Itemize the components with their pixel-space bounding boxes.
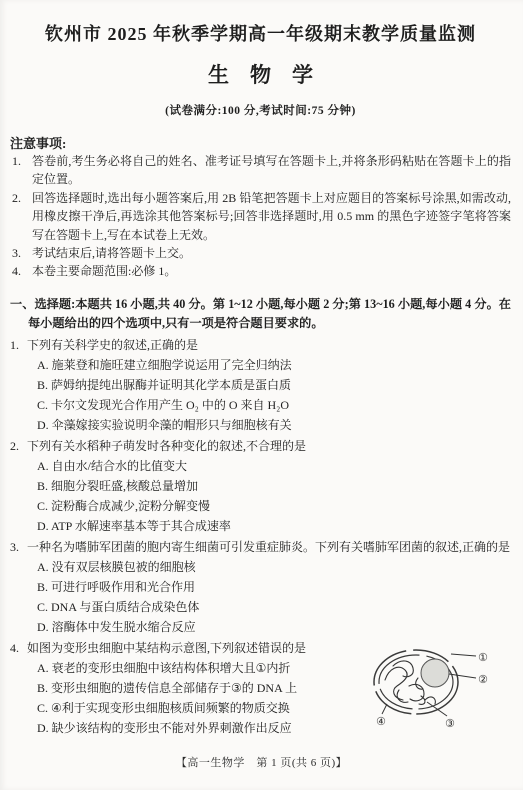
question-4-option-a: A. 衰老的变形虫细胞中该结构体积增大且①内折 xyxy=(37,658,367,678)
question-3-number: 3. xyxy=(10,537,19,557)
section-heading: 一、选择题:本题共 16 小题,共 40 分。第 1~12 小题,每小题 2 分… xyxy=(10,295,511,334)
question-3-stem: 3. 一种名为嗜肺军团菌的胞内寄生细菌可引发重症肺炎。下列有关嗜肺军团菌的叙述,… xyxy=(10,537,511,557)
notice-item-4: 4. 本卷主要命题范围:必修 1。 xyxy=(10,262,511,280)
label-4-icon: ④ xyxy=(376,715,386,728)
question-1-number: 1. xyxy=(10,335,19,355)
notice-item-3-text: 考试结束后,请将答题卡上交。 xyxy=(32,246,191,260)
notice-item-1: 1. 答卷前,考生务必将自己的姓名、准考证号填写在答题卡上,并将条形码粘贴在答题… xyxy=(10,152,511,189)
question-4-option-d: D. 缺少该结构的变形虫不能对外界刺激作出反应 xyxy=(37,718,367,738)
page-footer: 【高一生物学 第 1 页(共 6 页)】 xyxy=(0,754,523,770)
question-2-option-d: D. ATP 水解速率基本等于其合成速率 xyxy=(37,516,511,536)
notice-item-4-number: 4. xyxy=(12,262,21,280)
question-4: 4. 如图为变形虫细胞中某结构示意图,下列叙述错误的是 A. 衰老的变形虫细胞中… xyxy=(10,638,511,742)
question-1-option-d: D. 伞藻嫁接实验说明伞藻的帽形只与细胞核有关 xyxy=(37,415,511,435)
question-2-number: 2. xyxy=(10,436,19,456)
notice-item-4-text: 本卷主要命题范围:必修 1。 xyxy=(32,264,176,278)
notice-item-3-number: 3. xyxy=(12,244,21,262)
label-1-icon: ① xyxy=(478,651,488,664)
label-3-icon: ③ xyxy=(445,717,455,730)
question-3-option-b: B. 可进行呼吸作用和光合作用 xyxy=(37,577,511,597)
question-1-option-b: B. 萨姆纳提纯出脲酶并证明其化学本质是蛋白质 xyxy=(37,375,511,395)
question-3-option-d: D. 溶酶体中发生脱水缩合反应 xyxy=(37,617,511,637)
question-1-stem: 1. 下列有关科学史的叙述,正确的是 xyxy=(10,335,511,355)
nucleolus xyxy=(421,659,449,687)
question-1-option-a: A. 施莱登和施旺建立细胞学说运用了完全归纳法 xyxy=(37,355,511,375)
notice-item-1-text: 答卷前,考生务必将自己的姓名、准考证号填写在答题卡上,并将条形码粘贴在答题卡上的… xyxy=(32,154,511,186)
question-2-stem: 2. 下列有关水稻种子萌发时各种变化的叙述,不合理的是 xyxy=(10,436,511,456)
question-3: 3. 一种名为嗜肺军团菌的胞内寄生细菌可引发重症肺炎。下列有关嗜肺军团菌的叙述,… xyxy=(10,537,511,637)
notice-heading: 注意事项: xyxy=(10,133,511,152)
notice-item-3: 3. 考试结束后,请将答题卡上交。 xyxy=(10,244,511,262)
question-1-stem-text: 下列有关科学史的叙述,正确的是 xyxy=(27,338,198,352)
notice-item-2-text: 回答选择题时,选出每小题答案后,用 2B 铅笔把答题卡上对应题目的答案标号涂黑,… xyxy=(32,191,511,242)
exam-page: 钦州市 2025 年秋季学期高一年级期末教学质量监测 生 物 学 (试卷满分:1… xyxy=(0,0,523,790)
question-2-option-b: B. 细胞分裂旺盛,核酸总量增加 xyxy=(37,476,511,496)
notice-item-2: 2. 回答选择题时,选出每小题答案后,用 2B 铅笔把答题卡上对应题目的答案标号… xyxy=(10,189,511,244)
nucleus-diagram: ① ② ④ ③ xyxy=(363,642,515,742)
question-4-stem-text: 如图为变形虫细胞中某结构示意图,下列叙述错误的是 xyxy=(27,641,306,655)
exam-title: 钦州市 2025 年秋季学期高一年级期末教学质量监测 xyxy=(10,20,511,46)
question-3-option-c: C. DNA 与蛋白质结合成染色体 xyxy=(37,597,511,617)
subject-title: 生 物 学 xyxy=(10,59,511,89)
question-4-number: 4. xyxy=(10,638,19,658)
question-2-stem-text: 下列有关水稻种子萌发时各种变化的叙述,不合理的是 xyxy=(27,439,306,453)
question-4-option-b: B. 变形虫细胞的遗传信息全部储存于③的 DNA 上 xyxy=(37,678,367,698)
exam-info-line: (试卷满分:100 分,考试时间:75 分钟) xyxy=(10,102,511,118)
notice-item-2-number: 2. xyxy=(12,189,21,207)
question-1: 1. 下列有关科学史的叙述,正确的是 A. 施莱登和施旺建立细胞学说运用了完全归… xyxy=(10,335,511,435)
question-2-option-c: C. 淀粉酶合成减少,淀粉分解变慢 xyxy=(37,496,511,516)
question-2-option-a: A. 自由水/结合水的比值变大 xyxy=(37,456,511,476)
label-2-icon: ② xyxy=(478,673,488,686)
question-2: 2. 下列有关水稻种子萌发时各种变化的叙述,不合理的是 A. 自由水/结合水的比… xyxy=(10,436,511,536)
notice-item-1-number: 1. xyxy=(12,152,21,170)
question-3-option-a: A. 没有双层核膜包被的细胞核 xyxy=(37,557,511,577)
question-1-option-c: C. 卡尔文发现光合作用产生 O₂ 中的 O 来自 H₂O xyxy=(37,395,511,415)
question-4-option-c: C. ④利于实现变形虫细胞核质间频繁的物质交换 xyxy=(37,698,367,718)
question-3-stem-text: 一种名为嗜肺军团菌的胞内寄生细菌可引发重症肺炎。下列有关嗜肺军团菌的叙述,正确的… xyxy=(27,540,510,554)
